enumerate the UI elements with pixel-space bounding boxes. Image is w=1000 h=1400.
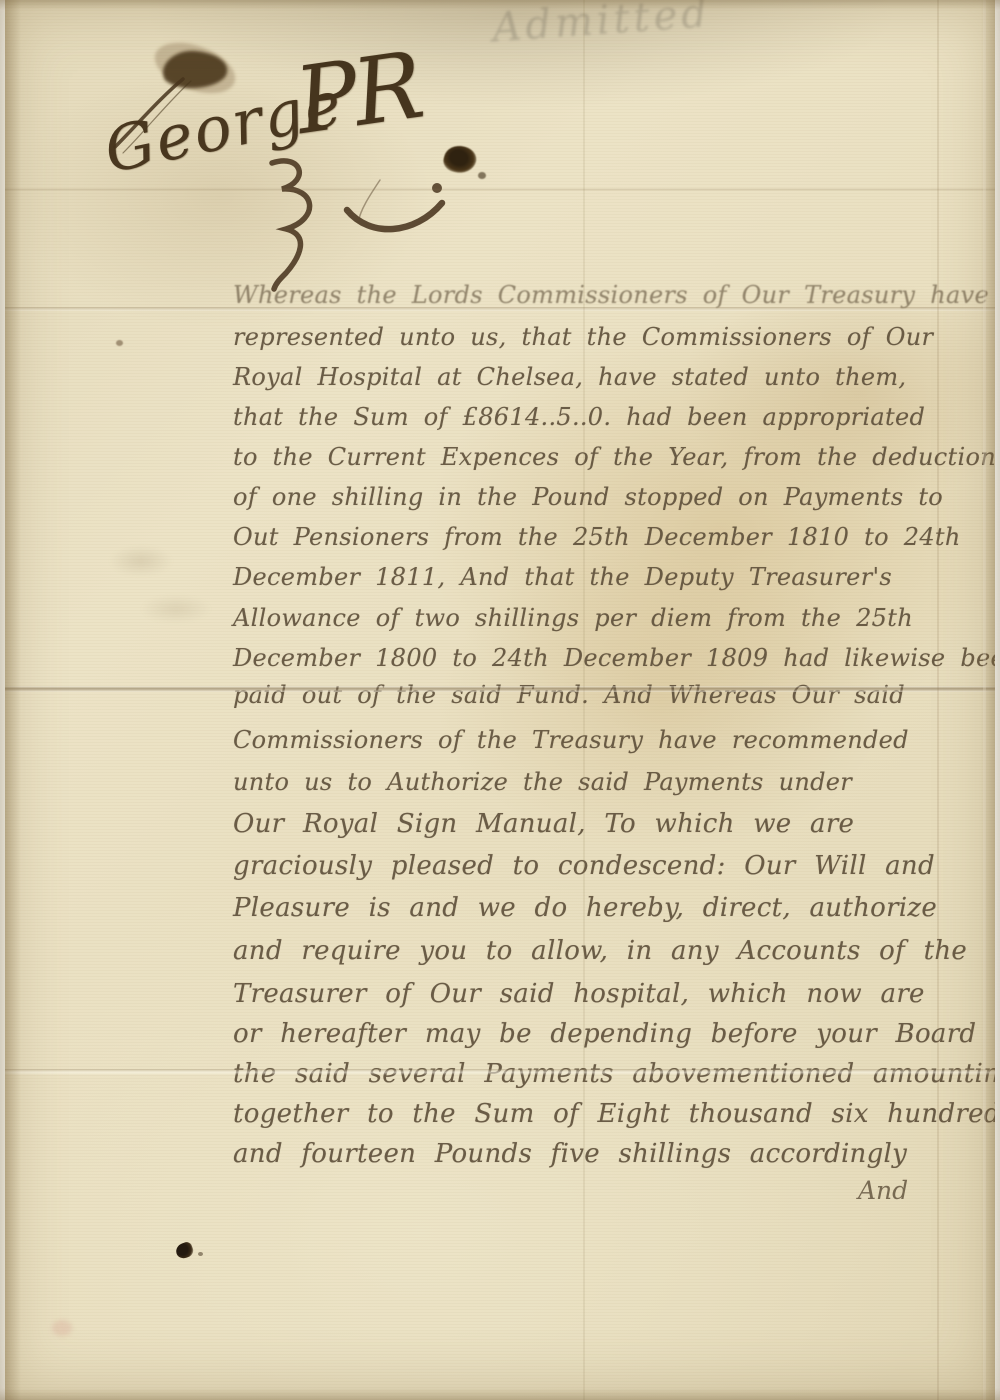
paper-edge xyxy=(0,1388,1000,1400)
letter-line: Royal Hospital at Chelsea, have stated u… xyxy=(233,363,1000,391)
letter-line: or hereafter may be depending before you… xyxy=(233,1019,1000,1049)
letter-line: together to the Sum of Eight thousand si… xyxy=(233,1099,1000,1129)
letter-line: and require you to allow, in any Account… xyxy=(233,936,1000,966)
letter-line: represented unto us, that the Commission… xyxy=(233,323,1000,351)
letter-line: Out Pensioners from the 25th December 18… xyxy=(233,523,1000,551)
letter-line: Whereas the Lords Commissioners of Our T… xyxy=(233,281,1000,309)
letter-line: of one shilling in the Pound stopped on … xyxy=(233,483,1000,511)
letter-paper: Admitted George PR Whereas the Lords Com… xyxy=(0,0,1000,1400)
letter-line: that the Sum of £8614..5..0. had been ap… xyxy=(233,403,1000,431)
letter-line: Commissioners of the Treasury have recom… xyxy=(233,726,1000,754)
catchword: And xyxy=(858,1176,908,1205)
letter-line: to the Current Expences of the Year, fro… xyxy=(233,443,1000,471)
paper-edge xyxy=(981,0,995,1400)
letter-line: Treasurer of Our said hospital, which no… xyxy=(233,979,1000,1009)
letter-line: Our Royal Sign Manual, To which we are xyxy=(233,809,1000,839)
letter-body: Whereas the Lords Commissioners of Our T… xyxy=(0,0,1000,1400)
letter-line: unto us to Authorize the said Payments u… xyxy=(233,768,1000,796)
letter-line: graciously pleased to condescend: Our Wi… xyxy=(233,851,1000,881)
paper-edge xyxy=(0,0,1000,10)
letter-line: Pleasure is and we do hereby, direct, au… xyxy=(233,893,1000,923)
letter-line: Allowance of two shillings per diem from… xyxy=(233,604,1000,632)
letter-line: paid out of the said Fund. And Whereas O… xyxy=(233,681,1000,709)
scan-edge xyxy=(0,0,5,1400)
letter-line: December 1800 to 24th December 1809 had … xyxy=(233,644,1000,672)
letter-line: and fourteen Pounds five shillings accor… xyxy=(233,1139,1000,1169)
paper-edge xyxy=(5,0,21,1400)
letter-line: December 1811, And that the Deputy Treas… xyxy=(233,563,1000,591)
letter-line: the said several Payments abovementioned… xyxy=(233,1059,1000,1089)
scan-edge xyxy=(995,0,1000,1400)
